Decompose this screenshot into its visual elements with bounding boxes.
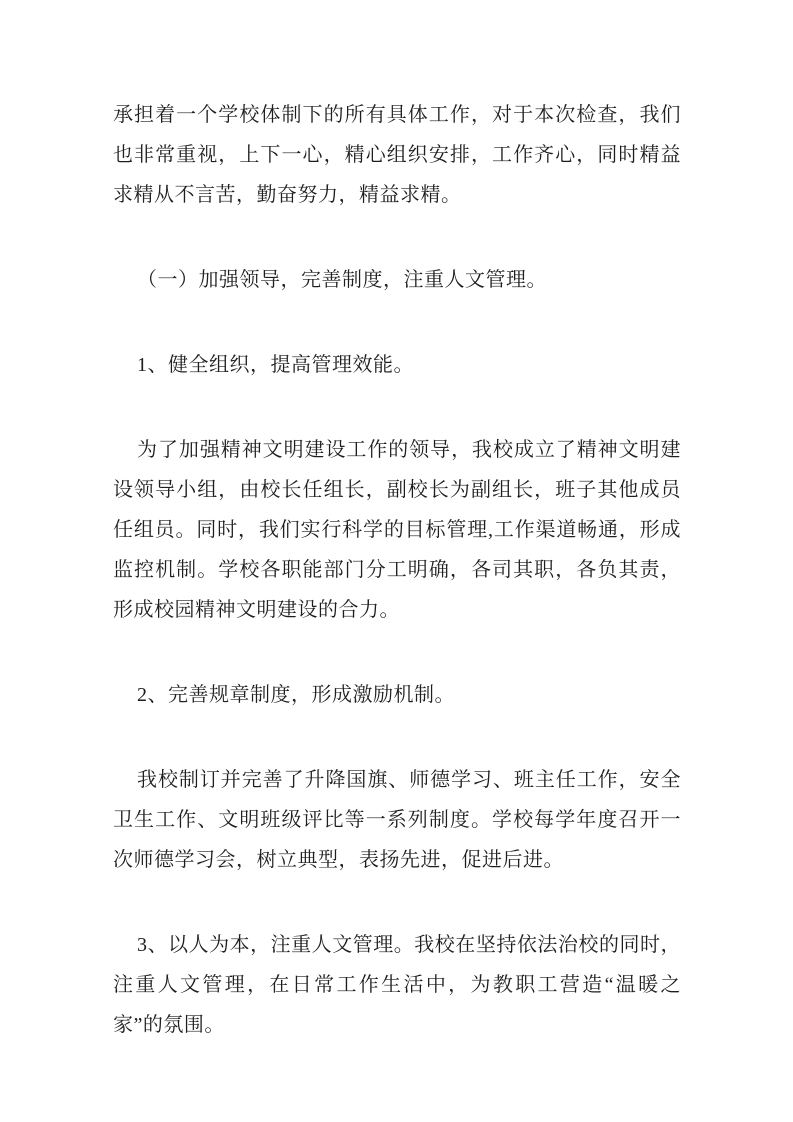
subsection-heading-3: 3、以人为本，注重人文管理。我校在坚持依法治校的同时，注重人文管理，在日常工作生… xyxy=(113,925,681,1045)
paragraph-body-1: 为了加强精神文明建设工作的领导，我校成立了精神文明建设领导小组，由校长任组长，副… xyxy=(113,430,681,630)
section-heading-1: （一）加强领导，完善制度，注重人文管理。 xyxy=(113,260,681,300)
subsection-heading-1: 1、健全组织，提高管理效能。 xyxy=(113,345,681,385)
document-page: 承担着一个学校体制下的所有具体工作，对于本次检查，我们也非常重视，上下一心，精心… xyxy=(0,0,793,1122)
paragraph-continuation: 承担着一个学校体制下的所有具体工作，对于本次检查，我们也非常重视，上下一心，精心… xyxy=(113,95,681,215)
document-body: 承担着一个学校体制下的所有具体工作，对于本次检查，我们也非常重视，上下一心，精心… xyxy=(113,95,681,1045)
subsection-heading-2: 2、完善规章制度，形成激励机制。 xyxy=(113,675,681,715)
paragraph-body-2: 我校制订并完善了升降国旗、师德学习、班主任工作，安全卫生工作、文明班级评比等一系… xyxy=(113,760,681,880)
